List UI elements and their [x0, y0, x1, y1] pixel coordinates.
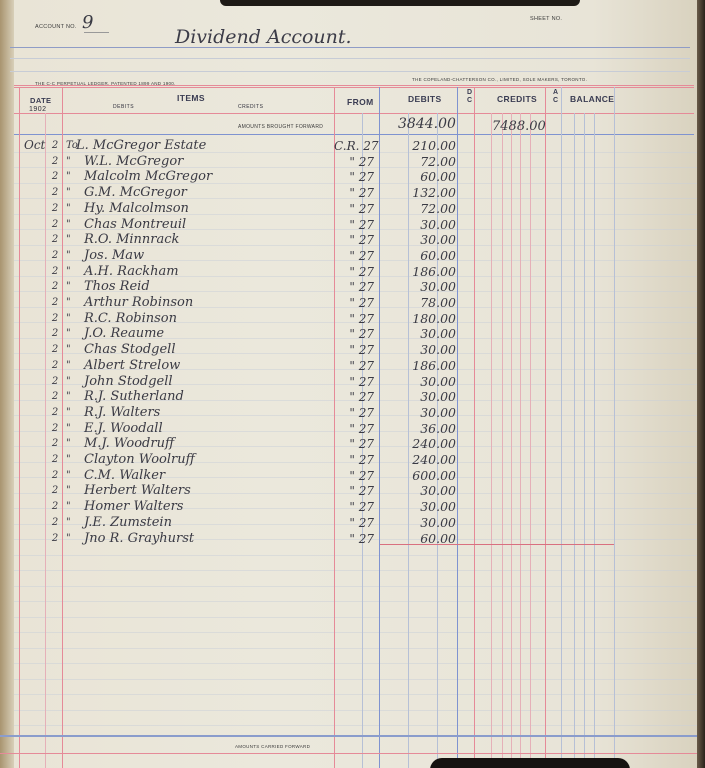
date-month-line — [45, 113, 46, 768]
entry-name: Clayton Woolruff — [84, 452, 195, 467]
entry-prefix: " — [66, 234, 71, 245]
entry-prefix: " — [66, 517, 71, 528]
entry-debit: 30.00 — [396, 389, 456, 404]
entry-name: L. McGregor Estate — [76, 138, 206, 153]
entry-from: " 27 — [334, 186, 374, 200]
account-no-value: 9 — [82, 12, 93, 33]
debits-col-line — [457, 87, 458, 768]
entry-day: 2 — [48, 391, 62, 402]
items-debits-header: DEBITS — [113, 104, 134, 110]
entry-debit: 36.00 — [396, 421, 456, 436]
entry-day: 2 — [48, 250, 62, 261]
year-label: 1902 — [29, 106, 47, 113]
credits-sub-line-3 — [511, 113, 512, 768]
entry-debit: 30.00 — [396, 217, 456, 232]
entry-prefix: " — [66, 376, 71, 387]
entry-day: 2 — [48, 219, 62, 230]
entry-day: 2 — [48, 140, 62, 151]
entry-day: 2 — [48, 344, 62, 355]
entry-day: 2 — [48, 423, 62, 434]
maker-imprint: THE COPELAND-CHATTERSON CO., LIMITED, SO… — [412, 77, 587, 82]
entry-debit: 72.00 — [396, 154, 456, 169]
entry-day: 2 — [48, 454, 62, 465]
entry-from: " 27 — [334, 249, 374, 263]
entry-debit: 30.00 — [396, 279, 456, 294]
entry-from: " 27 — [334, 390, 374, 404]
entry-prefix: " — [66, 407, 71, 418]
entry-name: W.L. McGregor — [84, 154, 183, 169]
entry-name: J.E. Zumstein — [84, 515, 172, 530]
entry-prefix: " — [66, 438, 71, 449]
entry-debit: 30.00 — [396, 405, 456, 420]
entry-from: " 27 — [334, 343, 374, 357]
entry-day: 2 — [48, 313, 62, 324]
entry-debit: 186.00 — [396, 264, 456, 279]
from-header: FROM — [347, 97, 374, 107]
entry-prefix: " — [66, 281, 71, 292]
entry-day: 2 — [48, 407, 62, 418]
entry-prefix: " — [66, 250, 71, 261]
page-shadow-bottom — [430, 758, 630, 768]
entry-debit: 78.00 — [396, 295, 456, 310]
total-rule — [380, 544, 614, 545]
balance-sub-line-1 — [574, 113, 575, 768]
entry-name: Homer Walters — [84, 499, 183, 514]
credits-sub-line-1 — [491, 113, 492, 768]
entry-day: 2 — [48, 533, 62, 544]
entry-day: 2 — [48, 517, 62, 528]
entry-from: " 27 — [334, 233, 374, 247]
entry-prefix: " — [66, 423, 71, 434]
ac-col-line — [561, 87, 562, 768]
carried-forward-label: Amounts Carried Forward — [235, 744, 310, 749]
entry-debit: 30.00 — [396, 499, 456, 514]
entry-name: G.M. McGregor — [84, 185, 187, 200]
footer-red-rule — [0, 753, 697, 754]
entry-name: Thos Reid — [84, 279, 150, 294]
entry-from: " 27 — [334, 453, 374, 467]
entry-name: Chas Montreuil — [84, 217, 186, 232]
ledger-page: ACCOUNT NO. 9 SHEET NO. Dividend Account… — [0, 0, 697, 768]
header-top-rule — [14, 85, 694, 86]
entry-prefix: " — [66, 156, 71, 167]
entry-debit: 132.00 — [396, 185, 456, 200]
entry-day: 2 — [48, 281, 62, 292]
brought-forward-debits: 3844.00 — [398, 116, 456, 132]
entry-name: Hy. Malcolmson — [84, 201, 189, 216]
entry-prefix: " — [66, 297, 71, 308]
entry-debit: 60.00 — [396, 248, 456, 263]
entry-name: Albert Strelow — [84, 358, 180, 373]
entry-name: M.J. Woodruff — [84, 436, 174, 451]
entry-name: R.J. Walters — [84, 405, 160, 420]
entry-debit: 180.00 — [396, 311, 456, 326]
brought-forward-credits: 7488.00 — [492, 119, 546, 134]
binding-edge — [0, 0, 14, 768]
entry-prefix: " — [66, 501, 71, 512]
entry-prefix: " — [66, 485, 71, 496]
entry-name: Jos. Maw — [84, 248, 144, 263]
entry-from: " 27 — [334, 422, 374, 436]
entry-prefix: " — [66, 219, 71, 230]
entry-from: " 27 — [334, 202, 374, 216]
entry-name: R.J. Sutherland — [84, 389, 184, 404]
entry-prefix: " — [66, 533, 71, 544]
entry-from: " 27 — [334, 500, 374, 514]
entry-debit: 210.00 — [396, 138, 456, 153]
credits-sub-line-4 — [520, 113, 521, 768]
entry-debit: 60.00 — [396, 169, 456, 184]
title-rule-blue — [10, 47, 690, 48]
entry-prefix: " — [66, 266, 71, 277]
credits-header: CREDITS — [497, 94, 537, 104]
margin-line-left — [19, 87, 20, 768]
entry-from: " 27 — [334, 516, 374, 530]
entry-name: R.C. Robinson — [84, 311, 177, 326]
entry-day: 2 — [48, 376, 62, 387]
entry-day: 2 — [48, 360, 62, 371]
entry-name: Jno R. Grayhurst — [84, 531, 194, 546]
entry-from: " 27 — [334, 469, 374, 483]
dc-col-line — [474, 87, 475, 768]
sheet-no-label: SHEET NO. — [530, 16, 562, 22]
entry-debit: 30.00 — [396, 374, 456, 389]
entry-day: 2 — [48, 171, 62, 182]
account-no-underline — [84, 32, 109, 33]
entry-from: " 27 — [334, 437, 374, 451]
entry-from: " 27 — [334, 406, 374, 420]
header-bottom-rule — [14, 113, 694, 114]
brought-forward-rule — [14, 134, 694, 135]
entry-debit: 186.00 — [396, 358, 456, 373]
balance-col-line — [614, 87, 615, 768]
entry-prefix: " — [66, 203, 71, 214]
debits-header: DEBITS — [408, 94, 442, 104]
entry-from: " 27 — [334, 327, 374, 341]
balance-sub-line-3 — [594, 113, 595, 768]
entry-from: " 27 — [334, 375, 374, 389]
entry-day: 2 — [48, 438, 62, 449]
entry-name: John Stodgell — [84, 374, 173, 389]
entry-day: 2 — [48, 187, 62, 198]
entry-debit: 600.00 — [396, 468, 456, 483]
entry-day: 2 — [48, 501, 62, 512]
balance-header: BALANCE — [570, 94, 614, 104]
entry-day: 2 — [48, 328, 62, 339]
entry-day: 2 — [48, 485, 62, 496]
credits-col-line — [545, 87, 546, 768]
entry-day: 2 — [48, 297, 62, 308]
entry-month: Oct — [24, 138, 45, 152]
entry-prefix: " — [66, 328, 71, 339]
entry-from: C.R. 27 — [334, 139, 374, 153]
entry-day: 2 — [48, 234, 62, 245]
entry-debit: 30.00 — [396, 515, 456, 530]
credits-sub-line-5 — [530, 113, 531, 768]
entry-from: " 27 — [334, 312, 374, 326]
balance-sub-line-2 — [584, 113, 585, 768]
footer-blue-rule — [0, 735, 697, 737]
entry-debit: 72.00 — [396, 201, 456, 216]
book-edge-right — [697, 0, 705, 768]
entry-name: Malcolm McGregor — [84, 169, 212, 184]
entry-debit: 30.00 — [396, 232, 456, 247]
entry-day: 2 — [48, 470, 62, 481]
entry-prefix: " — [66, 470, 71, 481]
account-no-label: ACCOUNT NO. — [35, 24, 77, 30]
entry-prefix: " — [66, 171, 71, 182]
title-rule-light — [10, 58, 690, 59]
entry-day: 2 — [48, 156, 62, 167]
entry-from: " 27 — [334, 484, 374, 498]
entry-name: C.M. Walker — [84, 468, 165, 483]
entry-from: " 27 — [334, 359, 374, 373]
dc-header: D C — [467, 89, 473, 105]
brought-forward-label: Amounts Brought Forward — [238, 124, 323, 130]
entry-from: " 27 — [334, 155, 374, 169]
entry-name: A.H. Rackham — [84, 264, 179, 279]
entry-from: " 27 — [334, 532, 374, 546]
entry-prefix: " — [66, 360, 71, 371]
date-header: DATE — [30, 96, 51, 105]
title-rule-light-2 — [10, 71, 690, 72]
entry-name: E.J. Woodall — [84, 421, 163, 436]
entry-name: R.O. Minnrack — [84, 232, 179, 247]
entry-prefix: " — [66, 454, 71, 465]
entry-name: Arthur Robinson — [84, 295, 193, 310]
entry-from: " 27 — [334, 296, 374, 310]
items-credits-header: CREDITS — [238, 104, 263, 110]
entry-prefix: " — [66, 391, 71, 402]
entry-from: " 27 — [334, 170, 374, 184]
entry-prefix: " — [66, 344, 71, 355]
entry-day: 2 — [48, 266, 62, 277]
entry-day: 2 — [48, 203, 62, 214]
page-shadow-top — [220, 0, 580, 6]
entry-name: J.O. Reaume — [84, 326, 164, 341]
entry-debit: 30.00 — [396, 342, 456, 357]
entry-name: Chas Stodgell — [84, 342, 175, 357]
header-top-rule-2 — [14, 87, 694, 88]
entry-from: " 27 — [334, 265, 374, 279]
account-title: Dividend Account. — [175, 26, 352, 48]
entry-debit: 30.00 — [396, 483, 456, 498]
items-header: ITEMS — [177, 93, 205, 103]
entry-prefix: " — [66, 313, 71, 324]
entry-from: " 27 — [334, 280, 374, 294]
entry-debit: 240.00 — [396, 452, 456, 467]
entry-from: " 27 — [334, 218, 374, 232]
entry-prefix: " — [66, 187, 71, 198]
from-col-line — [379, 87, 380, 768]
ac-header: A C — [553, 89, 559, 105]
credits-sub-line-2 — [502, 113, 503, 768]
entry-debit: 240.00 — [396, 436, 456, 451]
entry-debit: 30.00 — [396, 326, 456, 341]
date-col-line — [62, 87, 63, 768]
entry-name: Herbert Walters — [84, 483, 191, 498]
